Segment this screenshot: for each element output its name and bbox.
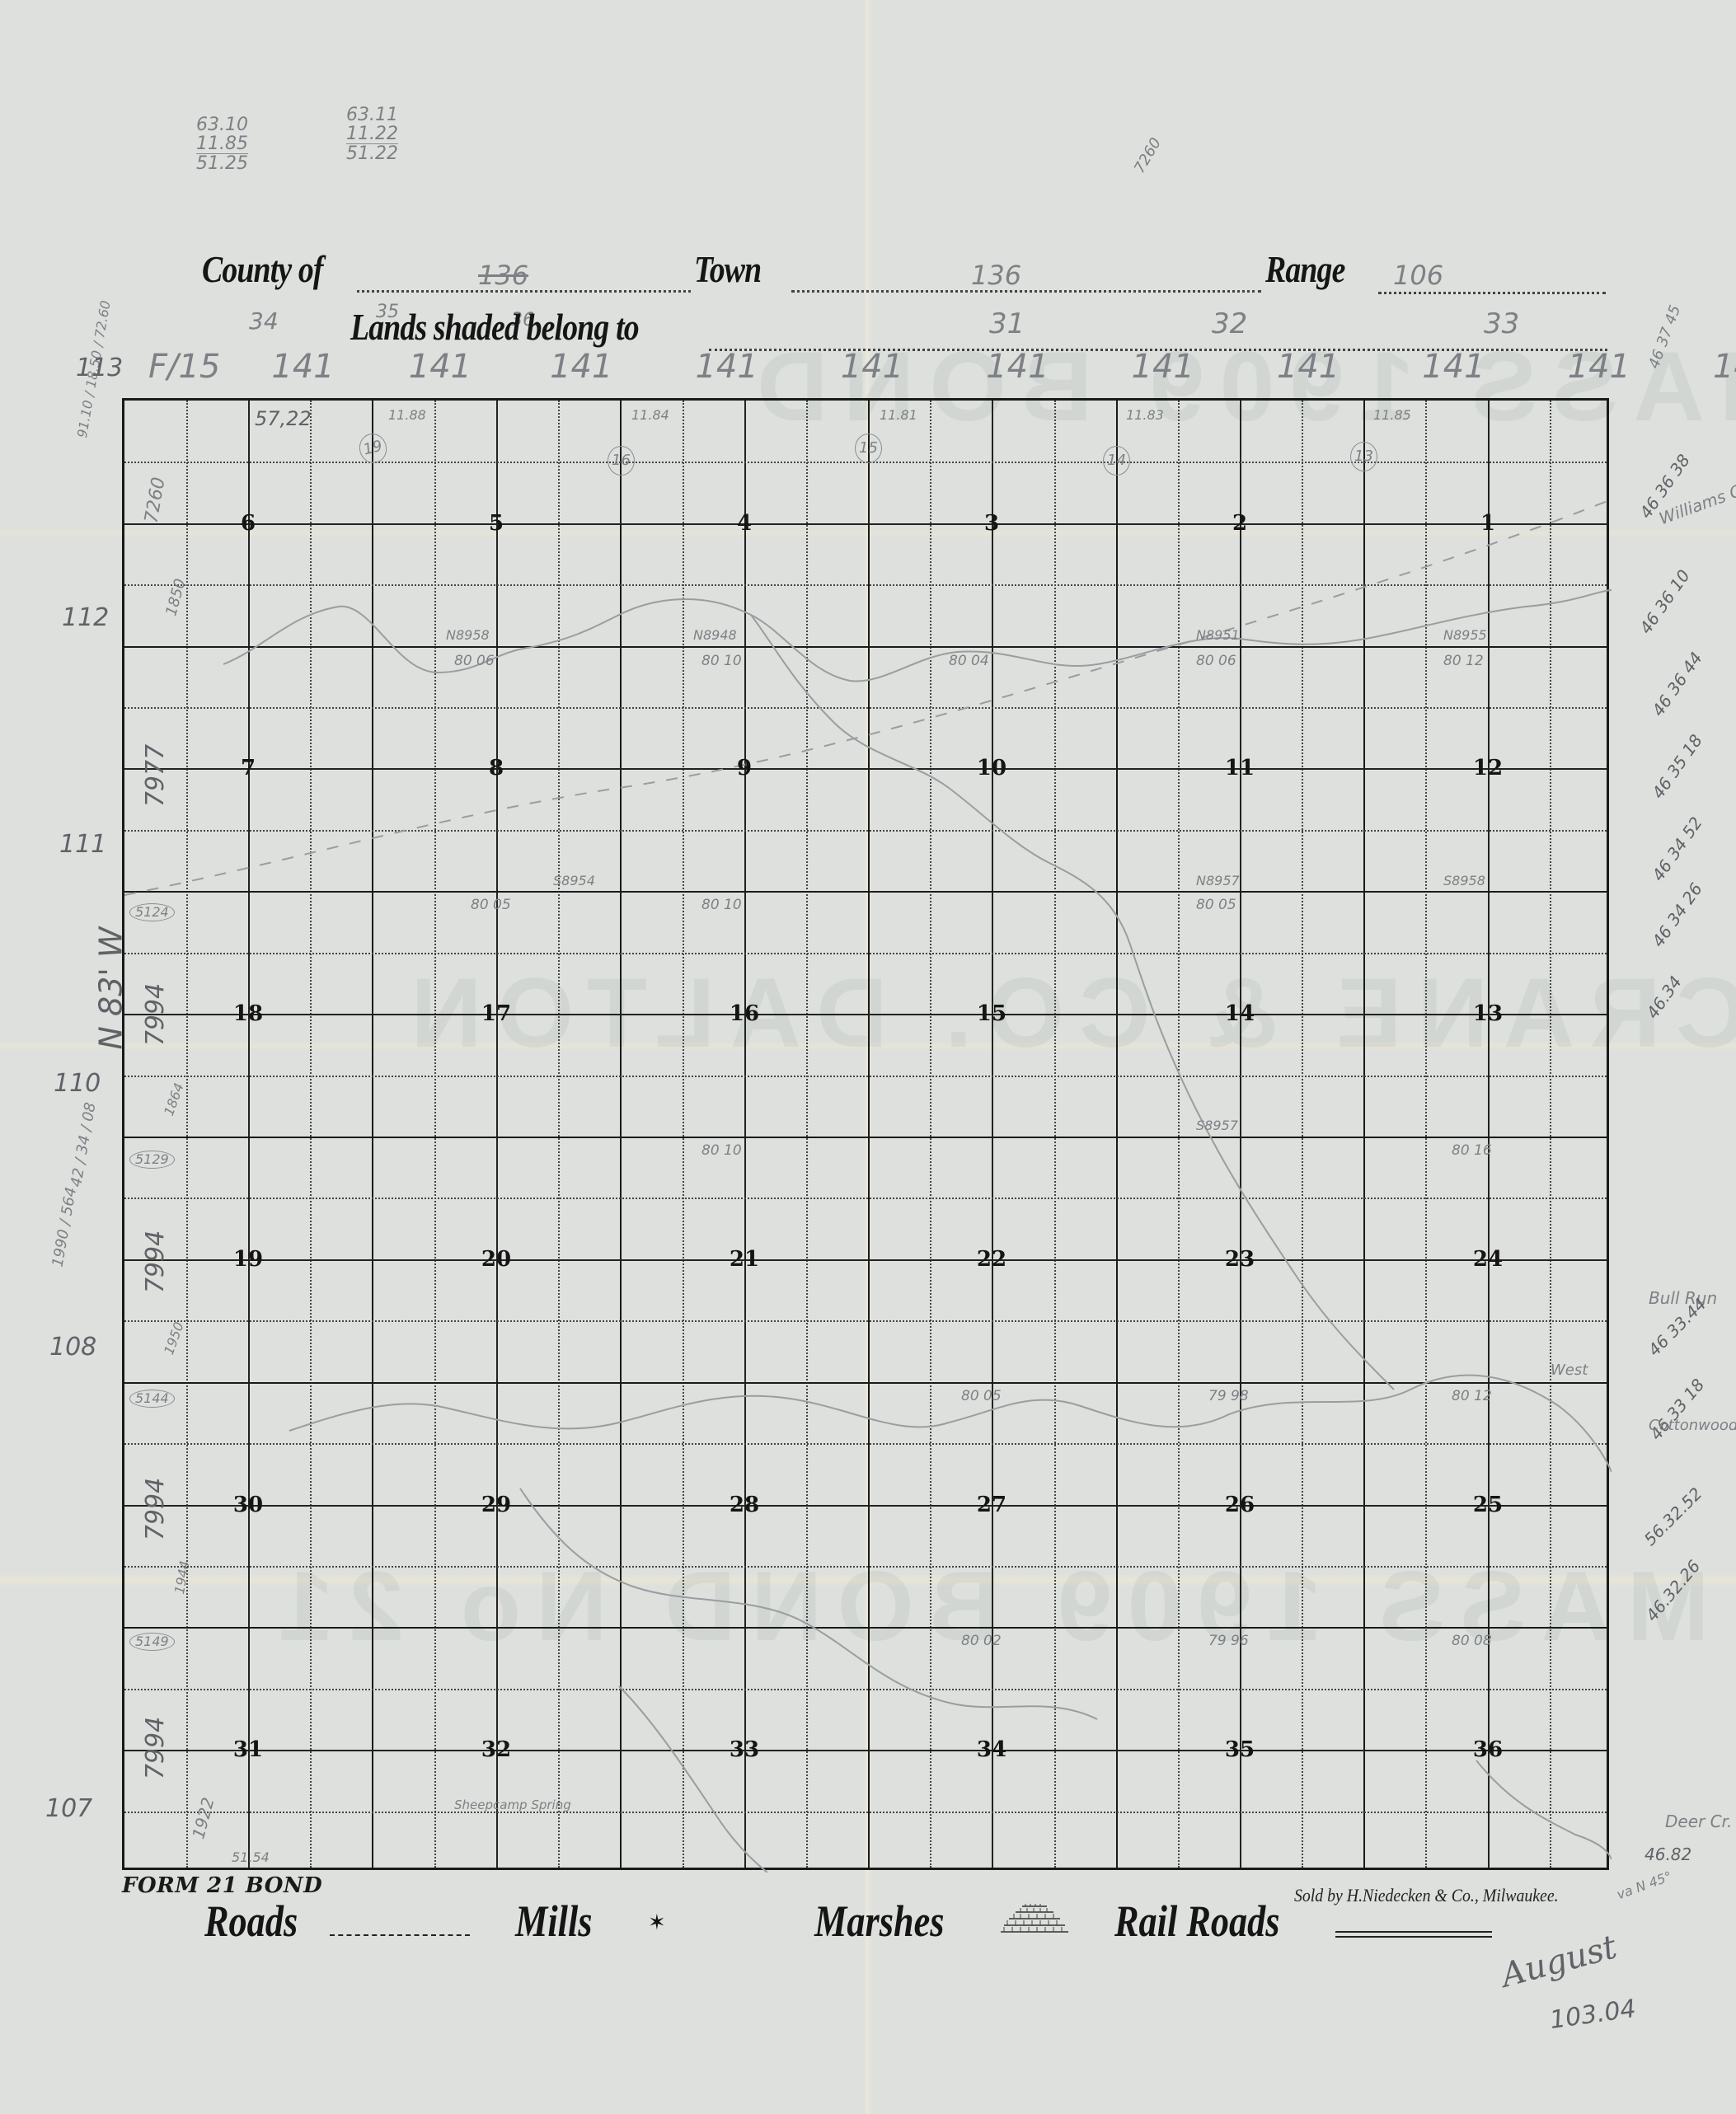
left-column-value: 7260: [143, 476, 168, 525]
bearing-note: N8958: [446, 629, 490, 642]
survey-value: 79 96: [1208, 1634, 1249, 1648]
section-17: 17: [480, 1003, 513, 1024]
left-margin-note: 112: [62, 606, 109, 630]
section-35: 35: [1223, 1739, 1256, 1760]
left-column-value: 1950: [162, 1320, 186, 1357]
left-margin-note: 113: [76, 356, 123, 381]
left-column-value: 1864: [162, 1081, 186, 1118]
legend-rail-roads: Rail Roads: [1114, 1896, 1280, 1947]
place-name: Bull Run: [1649, 1290, 1717, 1306]
bearing-note: S8954: [553, 874, 595, 888]
survey-value: 80 05: [1196, 898, 1236, 912]
circled-number: 13: [1350, 442, 1377, 471]
left-column-value: 1850: [164, 578, 188, 618]
marsh-hatch-icon: [999, 1904, 1070, 1935]
left-column-value: 7994: [143, 1230, 168, 1293]
section-26: 26: [1223, 1494, 1256, 1516]
corner-value: 11.81: [880, 409, 917, 422]
section-24: 24: [1471, 1249, 1504, 1270]
survey-value: 80 02: [961, 1634, 1002, 1648]
range-field[interactable]: [1378, 292, 1606, 294]
section-31: 31: [232, 1739, 265, 1760]
left-column-value: 5124: [129, 903, 175, 921]
top-tick-marks: F/15141141141141141141141141141141141141: [148, 350, 1736, 383]
bearing-note: S8958: [1443, 874, 1485, 888]
survey-value: 80 06: [1196, 654, 1236, 668]
railroad-line-icon: [1335, 1931, 1492, 1938]
section-9: 9: [735, 757, 753, 779]
road-line-icon: [330, 1934, 470, 1936]
left-column-value: 7994: [143, 1478, 168, 1540]
circled-number: 14: [1103, 446, 1130, 476]
section-33: 33: [728, 1739, 761, 1760]
place-name: Deer Cr.: [1665, 1813, 1732, 1830]
left-column-value: 5144: [129, 1390, 175, 1408]
survey-value: 80 10: [701, 1144, 742, 1158]
survey-value: 80 10: [701, 898, 742, 912]
section-36: 36: [1471, 1739, 1504, 1760]
survey-value: 80 12: [1452, 1390, 1492, 1404]
town-value: 136: [971, 262, 1021, 288]
corner-value: 57,22: [255, 409, 312, 429]
form-id: FORM 21 BOND: [122, 1873, 322, 1898]
star-icon: ✶: [648, 1910, 666, 1935]
section-34: 34: [975, 1739, 1008, 1760]
section-18: 18: [232, 1003, 265, 1024]
town-field[interactable]: [791, 290, 1261, 293]
legend-mills: Mills: [515, 1896, 593, 1947]
circled-number: 16: [608, 446, 635, 476]
section-12: 12: [1471, 757, 1504, 779]
section-1: 1: [1479, 513, 1497, 534]
survey-value: 80 08: [1452, 1634, 1492, 1648]
section-10: 10: [975, 757, 1008, 779]
section-20: 20: [480, 1249, 513, 1270]
section-5: 5: [487, 513, 505, 534]
section-16: 16: [728, 1003, 761, 1024]
bearing-note: N8951: [1196, 629, 1240, 642]
owner-label: Lands shaded belong to: [350, 305, 639, 349]
left-margin-note: 108: [49, 1335, 96, 1360]
bearing-note: N8948: [693, 629, 737, 642]
left-column-value: 1922: [190, 1796, 216, 1840]
left-column-value: 7977: [143, 744, 168, 807]
section-15: 15: [975, 1003, 1008, 1024]
left-column-value: 7994: [143, 1717, 168, 1779]
survey-value: 80 06: [454, 654, 495, 668]
section-2: 2: [1231, 513, 1249, 534]
corner-value: 11.84: [631, 409, 669, 422]
section-23: 23: [1223, 1249, 1256, 1270]
legend-marshes: Marshes: [814, 1896, 944, 1947]
left-margin-note: 111: [59, 832, 106, 857]
section-19: 19: [232, 1249, 265, 1270]
section-14: 14: [1223, 1003, 1256, 1024]
left-margin-note: 110: [54, 1071, 101, 1096]
left-column-value: 51.54: [232, 1851, 270, 1864]
left-column-value: 7994: [143, 983, 168, 1046]
place-name: Cottonwood Cr.: [1649, 1418, 1736, 1434]
place-name: Sheepcamp Spring: [454, 1798, 571, 1814]
survey-value: 80 10: [701, 654, 742, 668]
range-label: Range: [1265, 247, 1345, 291]
section-7: 7: [239, 757, 257, 779]
section-11: 11: [1223, 757, 1256, 779]
corner-value: 11.85: [1373, 409, 1411, 422]
left-column-value: 1944: [173, 1560, 192, 1596]
right-margin-note: 46.82: [1645, 1846, 1691, 1863]
section-29: 29: [480, 1494, 513, 1516]
county-label: County of: [202, 247, 323, 291]
section-25: 25: [1471, 1494, 1504, 1516]
town-label: Town: [694, 247, 761, 291]
left-column-value: 5149: [129, 1633, 175, 1651]
left-column-value: 5129: [129, 1151, 175, 1169]
left-margin-note: 107: [45, 1797, 92, 1821]
survey-value: 80 04: [949, 654, 989, 668]
section-13: 13: [1471, 1003, 1504, 1024]
publisher-credit: Sold by H.Niedecken & Co., Milwaukee.: [1294, 1885, 1559, 1906]
section-32: 32: [480, 1739, 513, 1760]
survey-value: 79 98: [1208, 1390, 1249, 1404]
section-30: 30: [232, 1494, 265, 1516]
legend-roads: Roads: [204, 1896, 298, 1947]
survey-value: 80 16: [1452, 1144, 1492, 1158]
survey-value: 80 12: [1443, 654, 1484, 668]
bearing-note: S8957: [1196, 1119, 1238, 1132]
section-21: 21: [728, 1249, 761, 1270]
county-value-struck: 136: [478, 262, 528, 288]
survey-value: 80 05: [961, 1390, 1002, 1404]
section-28: 28: [728, 1494, 761, 1516]
corner-value: 11.83: [1126, 409, 1164, 422]
section-3: 3: [983, 513, 1001, 534]
bearing-note: N8957: [1196, 874, 1240, 888]
corner-value: 11.88: [388, 409, 426, 422]
section-8: 8: [487, 757, 505, 779]
section-27: 27: [975, 1494, 1008, 1516]
column-ref: 32: [1212, 310, 1247, 338]
pencil-calc: 63.11 11.22 51.22: [346, 105, 398, 163]
bearing-note: N8955: [1443, 629, 1487, 642]
circled-number: 15: [855, 434, 882, 463]
column-ref: 31: [989, 310, 1025, 338]
pencil-calc: 63.10 11.85 51.25: [196, 115, 248, 173]
range-value: 106: [1393, 262, 1443, 288]
section-4: 4: [735, 513, 753, 534]
section-6: 6: [239, 513, 257, 534]
township-grid: 6 5 4 3 2 1 7 8 9 10 11 12 18 17 16 15 1…: [122, 398, 1609, 1870]
column-ref: 34: [249, 310, 279, 333]
survey-value: 80 05: [471, 898, 511, 912]
column-ref: 33: [1484, 310, 1519, 338]
section-22: 22: [975, 1249, 1008, 1270]
bearing-note: West: [1551, 1363, 1588, 1378]
